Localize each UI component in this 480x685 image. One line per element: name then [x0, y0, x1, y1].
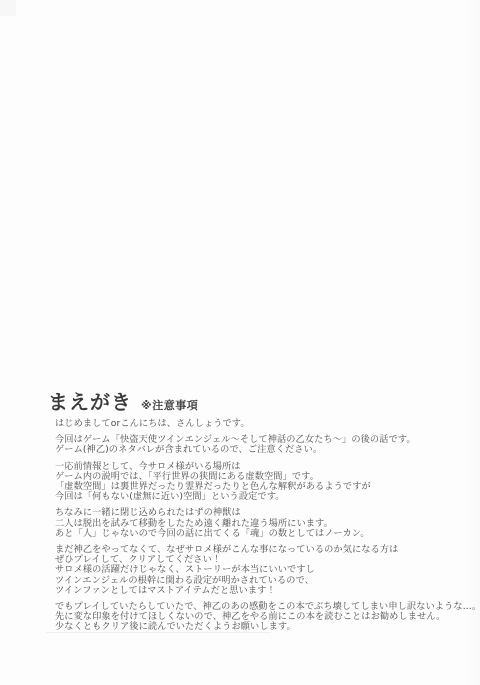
- page-header: まえがき ※注意事項: [48, 386, 198, 415]
- paragraph-caution: でもプレイしていたらしていたで、神乙のあの感動をこの本でぶち壊してしまい申し訳な…: [55, 602, 455, 633]
- page-title: まえがき: [48, 386, 132, 415]
- text-line: はじめましてorこんにちは、さんしょうです。: [55, 419, 455, 429]
- text-line: 今回は「何もない(虚無に近い)空間」という設定です。: [55, 492, 455, 502]
- text-line: ツインファンとしてはマストアイテムだと思います！: [55, 586, 455, 596]
- paragraph-recommendation: まだ神乙をやってなくて、なぜサロメ様がこんな事になっているのか気になる方は ぜひ…: [55, 545, 455, 596]
- paragraph-greeting: はじめましてorこんにちは、さんしょうです。: [55, 419, 455, 429]
- text-line: ゲーム(神乙)のネタバレが含まれているので、ご注意ください。: [55, 445, 455, 455]
- paragraph-beast-note: ちなみに一緒に閉じ込められたはずの神獣は 二人は脱出を試みて移動をしたため遠く離…: [55, 508, 455, 539]
- page-subtitle: ※注意事項: [141, 397, 198, 413]
- paragraph-game-intro: 今回はゲーム「快盗天使ツインエンジェル～そして神話の乙女たち～」の後の話です。 …: [55, 435, 455, 455]
- preface-text: はじめましてorこんにちは、さんしょうです。 今回はゲーム「快盗天使ツインエンジ…: [55, 419, 455, 639]
- scanned-page: { "page": { "title": "まえがき", "subtitle":…: [0, 0, 480, 685]
- text-line: あと「人」じゃないので今回の話に出てくる「魂」の数としてはノーカン。: [55, 529, 455, 539]
- scan-corner-artifact: [0, 0, 16, 16]
- paragraph-setting-info: 一応前情報として、今サロメ様がいる場所は ゲーム内の説明では、「平行世界の狭間に…: [55, 462, 455, 503]
- scan-edge-shade: [466, 0, 480, 685]
- text-line: 少なくともクリア後に読んでいただくようお願いします。: [55, 622, 455, 632]
